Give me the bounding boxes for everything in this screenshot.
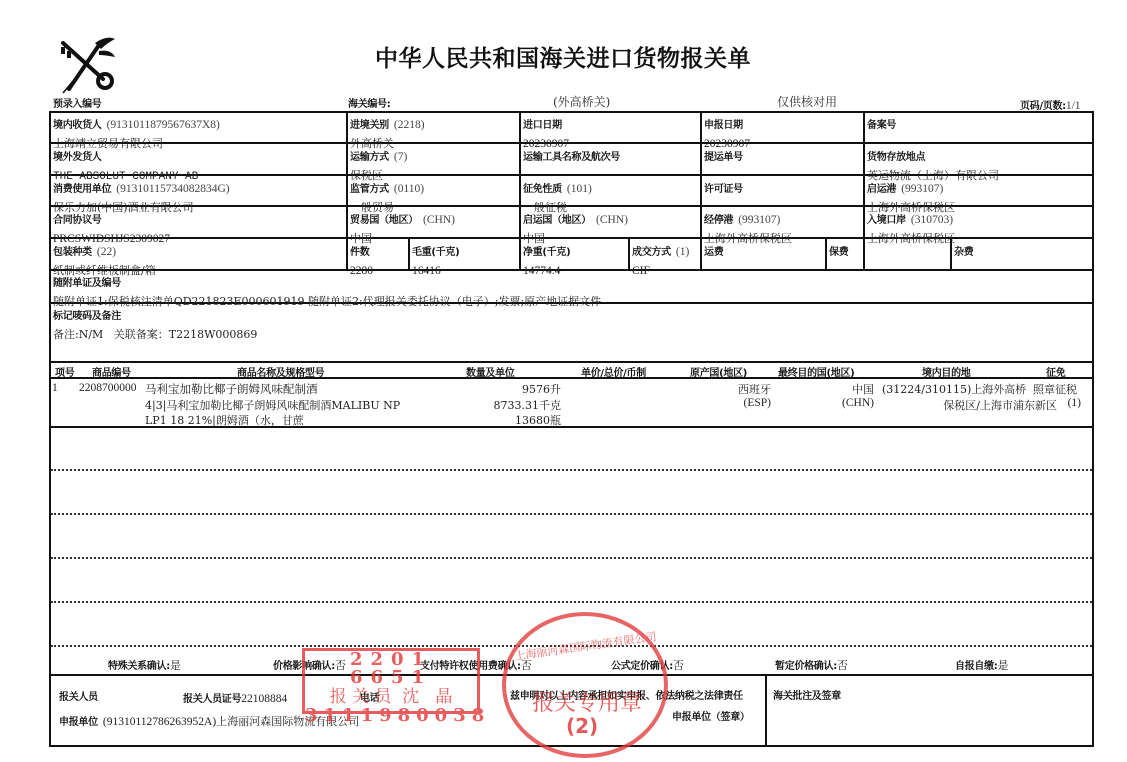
field-record-no: 备案号 <box>867 113 896 132</box>
declarant-stamp: 2201 6651 报 关 员 沈 晶 3111980038 <box>302 648 480 714</box>
declare-unit-sign: 申报单位（签章） <box>672 708 750 723</box>
goods-header-no: 项号 <box>55 364 74 379</box>
field-misc-fee: 杂费 <box>954 240 973 259</box>
field-freight: 运费 <box>704 240 723 259</box>
item-dest-country-1: 中国 <box>852 381 874 397</box>
item-qty-1: 9576升 <box>522 381 561 397</box>
item-qty-3: 13680瓶 <box>515 412 561 428</box>
item-domestic-dest-2: 保税区/上海市浦东新区 <box>943 397 1057 413</box>
item-levy-2: (1) <box>1068 397 1081 409</box>
item-no: 1 <box>52 382 58 394</box>
goods-header-price: 单价/总价/币制 <box>581 364 646 379</box>
goods-header-domestic-dest: 境内目的地 <box>922 364 971 379</box>
customs-approval: 海关批注及签章 <box>773 687 841 702</box>
confirm-provisional-price: 暂定价格确认:否 <box>775 654 848 673</box>
field-vehicle: 运输工具名称及航次号 <box>523 145 620 164</box>
goods-header-origin: 原产国(地区) <box>690 364 747 379</box>
item-qty-2: 8733.31千克 <box>494 397 562 413</box>
item-hs-code: 2208700000 <box>79 382 137 394</box>
field-license: 许可证号 <box>704 177 743 196</box>
field-insurance: 保费 <box>829 240 848 259</box>
item-origin-2: (ESP) <box>744 397 771 409</box>
goods-header-qty: 数量及单位 <box>466 364 515 379</box>
item-levy-1: 照章征税 <box>1033 381 1077 397</box>
confirm-special-relation: 特殊关系确认:是 <box>108 654 181 673</box>
declarant-label: 报关人员 <box>59 688 98 703</box>
customs-no-label: 海关编号: <box>348 95 391 110</box>
item-name-1: 马利宝加勒比椰子朗姆风味配制酒 <box>145 381 318 397</box>
confirm-self-declare: 自报自缴:是 <box>955 654 1009 673</box>
watermark-note: 仅供核对用 <box>777 93 837 110</box>
declarant-cert: 报关人员证号22108884 <box>183 687 287 706</box>
goods-header-hs: 商品编号 <box>92 364 131 379</box>
company-seal: 上海丽河森国际物流有限公司 报关专用章 (2) <box>502 612 668 758</box>
item-domestic-dest-1: (31224/310115)上海外高桥 <box>882 381 1026 397</box>
pre-entry-no-label: 预录入编号 <box>53 95 102 110</box>
field-bill-no: 提运单号 <box>704 145 743 164</box>
item-name-2: 4|3|马利宝加勒比椰子朗姆风味配制酒MALIBU NP <box>145 397 400 413</box>
customs-office: (外高桥关) <box>553 93 610 110</box>
item-dest-country-2: (CHN) <box>842 397 874 409</box>
item-name-3: LP1 18 21%|朗姆酒（水，甘蔗 <box>145 412 304 428</box>
page-title: 中华人民共和国海关进口货物报关单 <box>375 40 751 73</box>
goods-header-levy: 征免 <box>1046 364 1065 379</box>
customs-emblem-icon <box>55 33 117 95</box>
field-remarks: 标记唛码及备注 备注:N/M 关联备案：T2218W000869 <box>53 304 257 344</box>
goods-header-dest-country: 最终目的国(地区) <box>778 364 854 379</box>
field-entry-port-2: 入境口岸 (310703) 上海外高桥保税区 <box>867 208 955 246</box>
item-origin-1: 西班牙 <box>738 381 771 397</box>
goods-header-name: 商品名称及规格型号 <box>237 364 324 379</box>
field-deal-mode: 成交方式 (1) CIF <box>632 240 689 278</box>
